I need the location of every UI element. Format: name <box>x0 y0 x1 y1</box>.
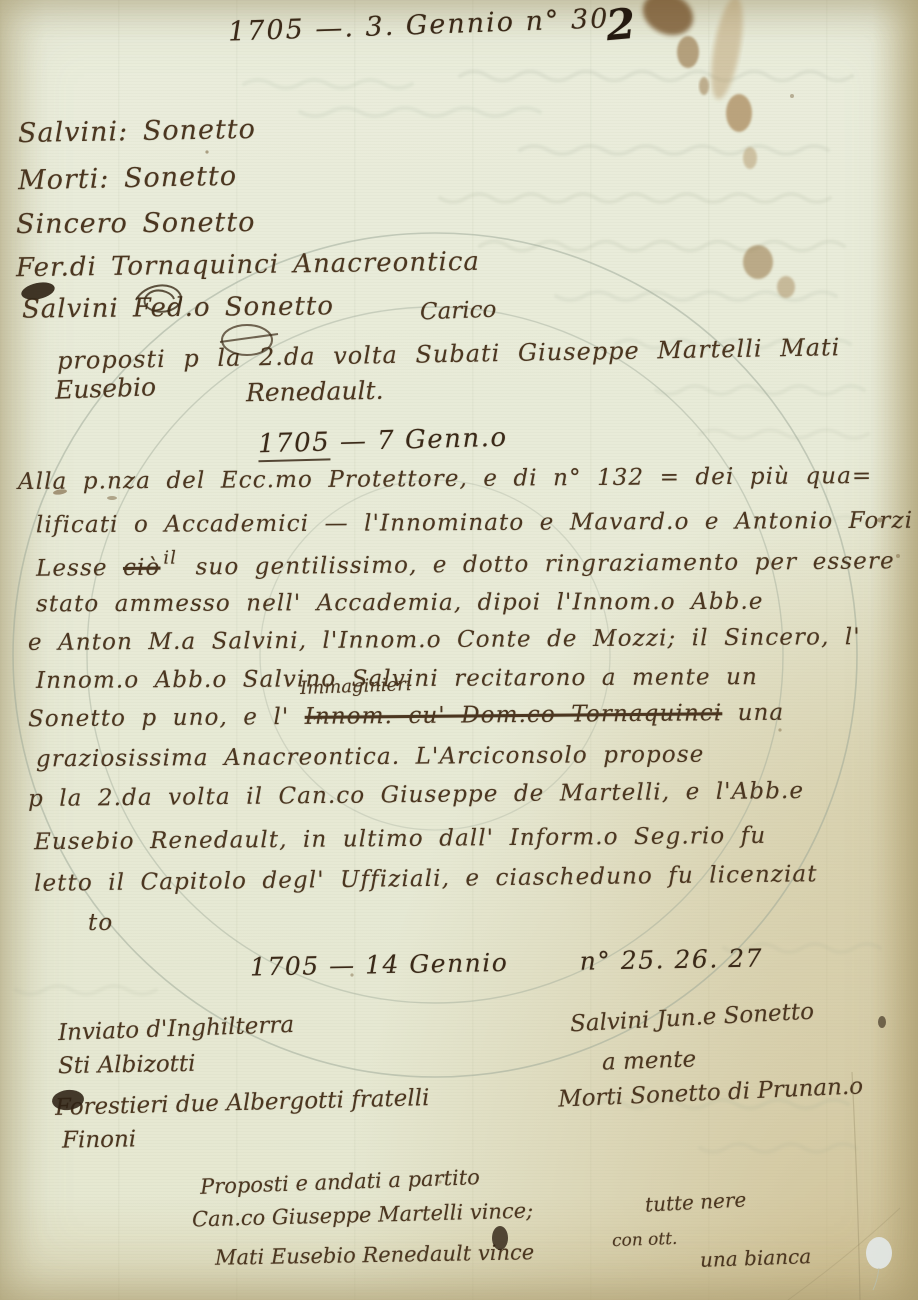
top-list-item: Salvini Fed.o Sonetto <box>22 291 334 324</box>
heading-day: 14 Gennio <box>365 948 509 979</box>
proposal-name-eusebio: Eusebio <box>55 372 157 405</box>
paragraph-line: graziosissima Anacreontica. L'Arciconsol… <box>36 742 705 773</box>
session-heading-jan7: 1705 — 7 Genn.o <box>258 423 508 460</box>
struck-phrase: Innom. cu' Dom.co Tornaquinci <box>305 700 723 730</box>
top-list-item: Salvini: Sonetto <box>18 114 256 149</box>
vote-line: Proposti e andati a partito <box>200 1165 481 1199</box>
vote-line-end: una bianca <box>700 1244 812 1272</box>
heading-numbers: n° 25. 26. 27 <box>580 944 764 976</box>
line-segment: suo gentilissimo, e dotto ringraziamento… <box>195 548 894 580</box>
ink-stains <box>636 0 795 298</box>
top-list-item: Fer.di Tornaquinci Anacreontica <box>16 247 480 283</box>
bottom-right-item: Salvini Jun.e Sonetto <box>569 999 814 1038</box>
vote-note: tutte nere <box>644 1187 746 1216</box>
heading-dash: — <box>340 426 368 457</box>
manuscript-page: 1705 —. 3. Gennio n° 30 2 Salvini: Sonet… <box>0 0 918 1300</box>
bottom-left-item: Inviato d'Inghilterra <box>58 1012 295 1046</box>
overwritten-number: 2 <box>604 0 637 50</box>
heading-year: 1705 <box>250 951 320 981</box>
inserted-word: il <box>163 548 177 569</box>
paragraph-line: e Anton M.a Salvini, l'Innom.o Conte de … <box>28 624 861 656</box>
proposal-line: proposti p la 2.da volta Subati Giuseppe… <box>57 333 841 375</box>
line-segment: Lesse <box>36 555 108 582</box>
paragraph-line: to <box>88 910 113 936</box>
top-list-item: Sincero Sonetto <box>16 207 256 240</box>
crease-line <box>852 1072 860 1300</box>
paragraph-line: lificati o Accademici — l'Innominato e M… <box>36 508 913 539</box>
bottom-left-item: Sti Albizotti <box>58 1051 196 1079</box>
paragraph-line: letto il Capitolo degl' Uffiziali, e cia… <box>34 861 818 897</box>
paragraph-line: Alla p.nza del Ecc.mo Protettore, e di n… <box>18 463 873 495</box>
heading-year: 1705 <box>258 427 331 462</box>
line-segment: una <box>738 700 785 726</box>
vote-superscript: con ott. <box>612 1229 678 1251</box>
paragraph-line: stato ammesso nell' Accademia, dipoi l'I… <box>36 589 764 618</box>
bottom-right-item: Morti Sonetto di Prunan.o <box>558 1073 864 1112</box>
proposal-name-renedault: Renedault. <box>246 376 384 407</box>
top-list-item: Morti: Sonetto <box>18 161 238 197</box>
paragraph-line: Sonetto p uno, e l' Innom. cu' Dom.co To… <box>28 700 785 733</box>
session-heading-jan14: 1705 — 14 Gennio n° 25. 26. 27 <box>250 944 763 982</box>
interlinear-insertion: Immaginieri <box>300 674 412 699</box>
line-segment: Sonetto p uno, e l' <box>28 704 290 732</box>
bottom-right-item: a mente <box>602 1046 697 1075</box>
paragraph-line: p la 2.da volta il Can.co Giuseppe de Ma… <box>28 778 804 812</box>
page-date-heading: 1705 —. 3. Gennio n° 30 <box>228 3 610 47</box>
heading-dash: — <box>329 951 356 980</box>
vote-line: Can.co Giuseppe Martelli vince; <box>192 1199 534 1232</box>
bottom-left-item: Forestieri due Albergotti fratelli <box>55 1085 430 1121</box>
vote-line: Mati Eusebio Renedault vince <box>215 1240 535 1270</box>
margin-note-carico: Carico <box>420 297 497 326</box>
heading-day: 7 Genn.o <box>377 423 508 456</box>
bottom-left-item: Finoni <box>62 1126 137 1153</box>
struck-word: ciò <box>123 555 161 581</box>
paragraph-line: Lesse ciòil suo gentilissimo, e dotto ri… <box>36 548 895 581</box>
paragraph-line: Eusebio Renedault, in ultimo dall' Infor… <box>34 823 766 855</box>
